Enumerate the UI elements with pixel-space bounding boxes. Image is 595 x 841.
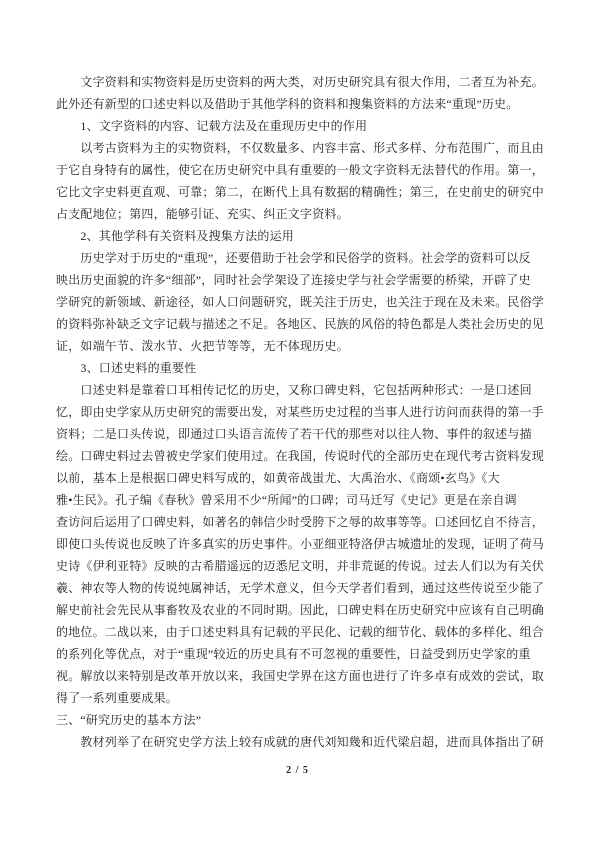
text-line: 它比文字史料更直观、可靠；第二，在断代上具有数据的精确性；第三，在史前史的研究中	[56, 181, 542, 203]
text-line: 学研究的新领域、新途径，如人口问题研究，既关注于历史，也关注于现在及未来。民俗学	[56, 291, 542, 313]
text-line: 的资料弥补缺乏文字记载与描述之不足。各地区、民族的风俗的特色都是人类社会历史的见	[56, 313, 542, 335]
text-line: 此外还有新型的口述史料以及借助于其他学科的资料和搜集资料的方法来“重现”历史。	[56, 93, 542, 115]
text-line: 3、口述史料的重要性	[56, 357, 542, 379]
text-line: 即使口头传说也反映了许多真实的历史事件。小亚细亚特洛伊古城遗址的发现，证明了荷马	[56, 533, 542, 555]
text-line: 忆，即由史学家从历史研究的需要出发，对某些历史过程的当事人进行访问而获得的第一手	[56, 401, 542, 423]
text-line: 文字资料和实物资料是历史资料的两大类，对历史研究具有很大作用，二者互为补充。	[56, 71, 542, 93]
text-line: 历史学对于历史的“重现”，还要借助于社会学和民俗学的资料。社会学的资料可以反	[56, 247, 542, 269]
text-line: 1、文字资料的内容、记载方法及在重现历史中的作用	[56, 115, 542, 137]
text-line: 口述史料是靠着口耳相传记忆的历史，又称口碑史料，它包括两种形式：一是口述回	[56, 379, 542, 401]
text-line: 资料；二是口头传说，即通过口头语言流传了若干代的那些对以往人物、事件的叙述与描	[56, 423, 542, 445]
document-body: 文字资料和实物资料是历史资料的两大类，对历史研究具有很大作用，二者互为补充。此外…	[56, 71, 542, 753]
text-line: 查访问后运用了口碑史料，如著名的韩信少时受胯下之辱的故事等等。口述回忆自不待言，	[56, 511, 542, 533]
text-line: 解史前社会先民从事畜牧及农业的不同时期。因此，口碑史料在历史研究中应该有自己明确	[56, 599, 542, 621]
text-line: 视。解放以来特别是改革开放以来，我国史学界在这方面也进行了许多卓有成效的尝试，取	[56, 665, 542, 687]
text-line: 史诗《伊利亚特》反映的古希腊遥远的迈悉尼文明，并非荒诞的传说。过去人们以为有关伏	[56, 555, 542, 577]
text-line: 占支配地位；第四，能够引证、充实、纠正文字资料。	[56, 203, 542, 225]
text-line: 于它自身特有的属性，使它在历史研究中具有重要的一般文字资料无法替代的作用。第一，	[56, 159, 542, 181]
text-line: 雅•生民》。孔子编《春秋》曾采用不少“所闻”的口碑；司马迁写《史记》更是在亲自调	[56, 489, 542, 511]
text-line: 羲、神农等人物的传说纯属神话，无学术意义，但今天学者们看到，通过这些传说至少能了	[56, 577, 542, 599]
text-line: 以前，基本上是根据口碑史料写成的，如黄帝战蚩尤、大禹治水、《商颂•玄鸟》《大	[56, 467, 542, 489]
text-line: 绘。口碑史料过去曾被史学家们使用过。在我国，传说时代的全部历史在现代考古资料发现	[56, 445, 542, 467]
text-line: 映出历史面貌的许多“细部”，同时社会学架设了连接史学与社会学需要的桥梁，开辟了史	[56, 269, 542, 291]
text-line: 2、其他学科有关资料及搜集方法的运用	[56, 225, 542, 247]
document-page: 文字资料和实物资料是历史资料的两大类，对历史研究具有很大作用，二者互为补充。此外…	[0, 0, 595, 841]
text-line: 三、“研究历史的基本方法”	[56, 709, 542, 731]
text-line: 证，如端午节、泼水节、火把节等等，无不体现历史。	[56, 335, 542, 357]
page-number: 2 / 5	[0, 765, 595, 776]
text-line: 的地位。二战以来，由于口述史料具有记载的平民化、记载的细节化、载体的多样化、组合	[56, 621, 542, 643]
text-line: 的系列化等优点，对于“重现”较近的历史具有不可忽视的重要性，日益受到历史学家的重	[56, 643, 542, 665]
text-line: 得了一系列重要成果。	[56, 687, 542, 709]
text-line: 教材列举了在研究史学方法上较有成就的唐代刘知幾和近代梁启超，进而具体指出了研	[56, 731, 542, 753]
text-line: 以考古资料为主的实物资料，不仅数量多、内容丰富、形式多样、分布范围广，而且由	[56, 137, 542, 159]
